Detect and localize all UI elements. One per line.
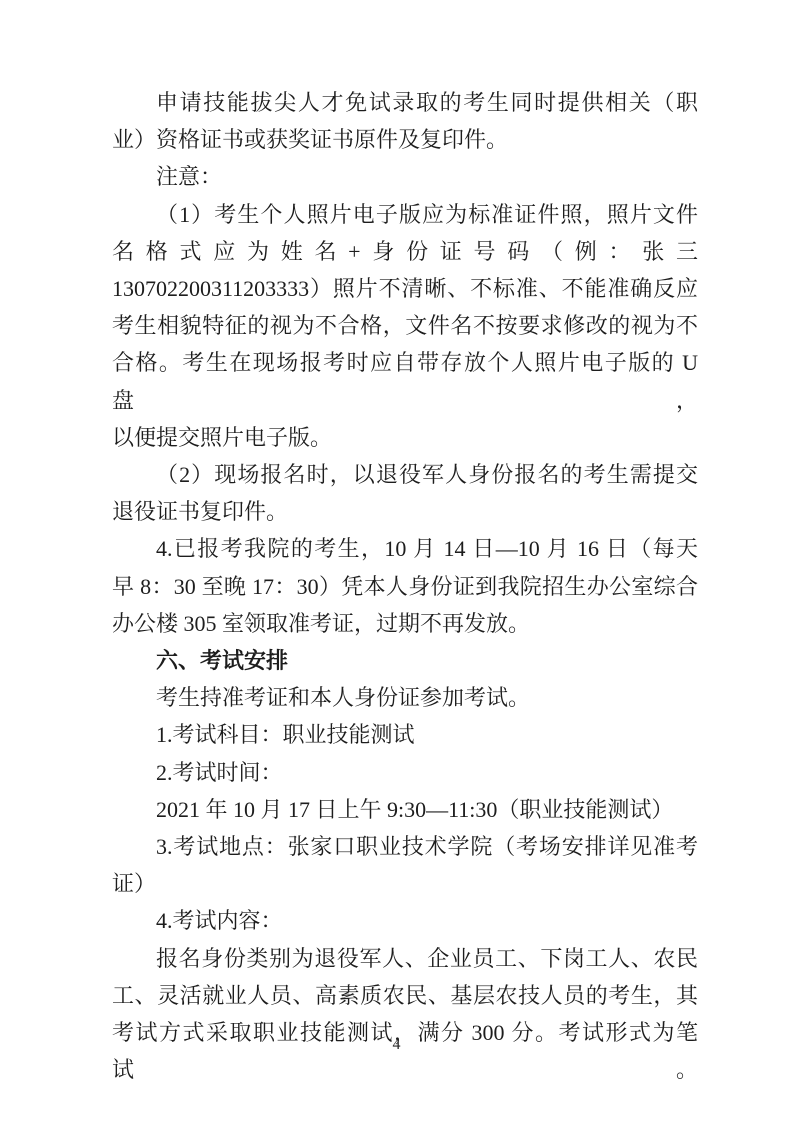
paragraph-admission-ticket: 4.已报考我院的考生，10 月 14 日—10 月 16 日（每天 早 8：30… (112, 530, 698, 642)
text-line: （2）现场报名时，以退役军人身份报名的考生需提交 (112, 456, 698, 493)
text-line: 名格式应为姓名+身份证号码（例：张三 (112, 233, 698, 270)
text-line: 2.考试时间： (112, 754, 698, 791)
paragraph-note-2-veteran: （2）现场报名时，以退役军人身份报名的考生需提交 退役证书复印件。 (112, 456, 698, 530)
text-line: 3.考试地点：张家口职业技术学院（考场安排详见准考 (112, 828, 698, 865)
paragraph-note-1-photo: （1）考生个人照片电子版应为标准证件照，照片文件 名格式应为姓名+身份证号码（例… (112, 196, 698, 456)
text-line: 注意： (112, 158, 698, 195)
text-line: 130702200311203333）照片不清晰、不标准、不能准确反应 (112, 270, 698, 307)
text-line: 考生持准考证和本人身份证参加考试。 (112, 679, 698, 716)
paragraph-exam-subject: 1.考试科目：职业技能测试 (112, 716, 698, 753)
section-heading-text: 六、考试安排 (112, 642, 698, 679)
text-line: 退役证书复印件。 (112, 493, 698, 530)
paragraph-exam-location: 3.考试地点：张家口职业技术学院（考场安排详见准考 证） (112, 828, 698, 902)
text-line: 考生相貌特征的视为不合格，文件名不按要求修改的视为不 (112, 307, 698, 344)
text-line: 4.考试内容： (112, 902, 698, 939)
text-line: 办公楼 305 室领取准考证，过期不再发放。 (112, 605, 698, 642)
paragraph-exam-time: 2021 年 10 月 17 日上午 9:30—11:30（职业技能测试） (112, 791, 698, 828)
paragraph-exam-content-label: 4.考试内容： (112, 902, 698, 939)
text-line: 申请技能拔尖人才免试录取的考生同时提供相关（职 (112, 84, 698, 121)
text-line: 业）资格证书或获奖证书原件及复印件。 (112, 121, 698, 158)
text-line: 证） (112, 865, 698, 902)
document-body: 申请技能拔尖人才免试录取的考生同时提供相关（职 业）资格证书或获奖证书原件及复印… (112, 84, 698, 1088)
page-number: 4 (0, 1036, 793, 1054)
paragraph-exemption-certificates: 申请技能拔尖人才免试录取的考生同时提供相关（职 业）资格证书或获奖证书原件及复印… (112, 84, 698, 158)
paragraph-exam-requirement: 考生持准考证和本人身份证参加考试。 (112, 679, 698, 716)
paragraph-exam-content: 报名身份类别为退役军人、企业员工、下岗工人、农民 工、灵活就业人员、高素质农民、… (112, 940, 698, 1089)
paragraph-notice-label: 注意： (112, 158, 698, 195)
text-line: 早 8：30 至晚 17：30）凭本人身份证到我院招生办公室综合 (112, 568, 698, 605)
paragraph-exam-time-label: 2.考试时间： (112, 754, 698, 791)
text-line: 1.考试科目：职业技能测试 (112, 716, 698, 753)
document-page: 申请技能拔尖人才免试录取的考生同时提供相关（职 业）资格证书或获奖证书原件及复印… (0, 0, 793, 1122)
text-line: 报名身份类别为退役军人、企业员工、下岗工人、农民 (112, 940, 698, 977)
text-line: （1）考生个人照片电子版应为标准证件照，照片文件 (112, 196, 698, 233)
text-line: 以便提交照片电子版。 (112, 419, 698, 456)
text-line: 2021 年 10 月 17 日上午 9:30—11:30（职业技能测试） (112, 791, 698, 828)
text-line: 合格。考生在现场报考时应自带存放个人照片电子版的 U 盘， (112, 344, 698, 418)
section-heading-exam-arrangement: 六、考试安排 (112, 642, 698, 679)
text-line: 工、灵活就业人员、高素质农民、基层农技人员的考生，其 (112, 977, 698, 1014)
text-line: 4.已报考我院的考生，10 月 14 日—10 月 16 日（每天 (112, 530, 698, 567)
